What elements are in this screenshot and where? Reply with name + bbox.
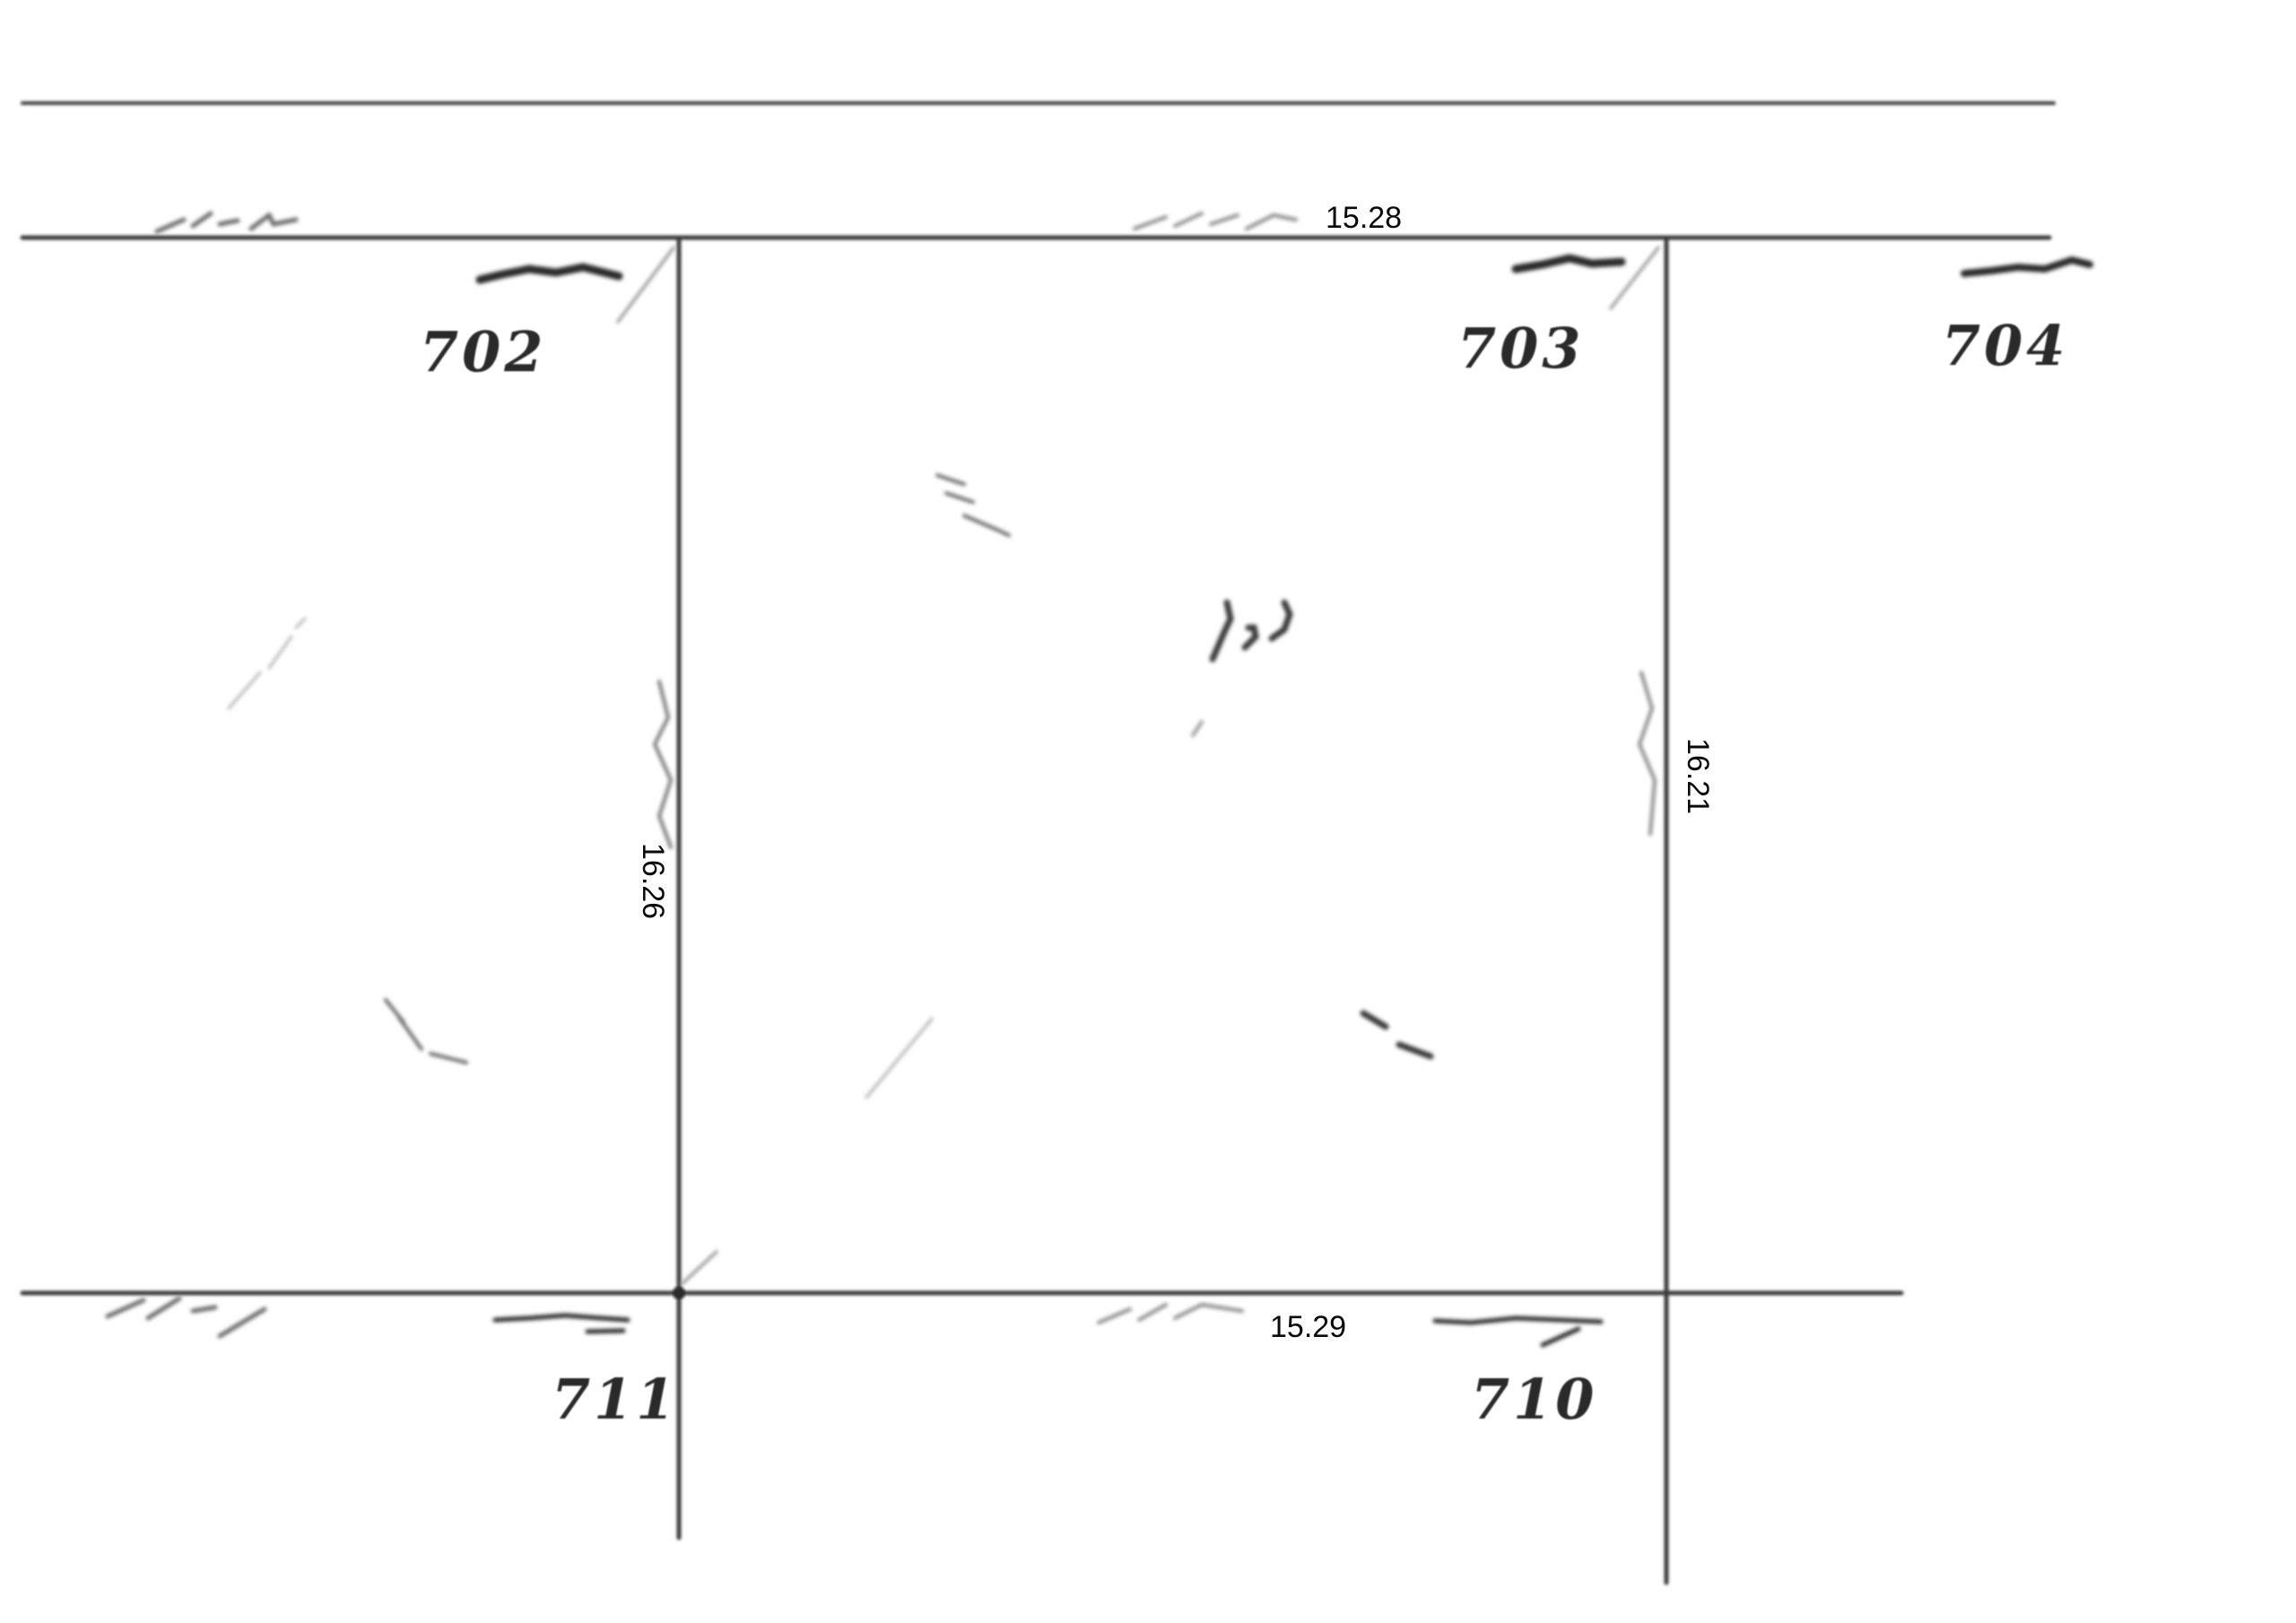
corner-mark-top-left [617, 247, 674, 323]
measurement-left-edge: 16.26 [638, 843, 668, 919]
measurement-top-edge: 15.28 [1326, 203, 1402, 233]
corner-point-bottom-left [673, 1287, 685, 1299]
scribble-702-strike [480, 267, 619, 280]
center-diagonal-mark [865, 1018, 933, 1098]
parcel-map-drawing [0, 0, 2296, 1623]
note-top-left [157, 213, 296, 231]
note-left-boundary [655, 681, 671, 847]
note-bottom-middle [1099, 1305, 1242, 1323]
parcel-number-702: 702 [420, 325, 546, 380]
corner-mark-bottom-left [682, 1251, 717, 1284]
note-top-middle [1135, 213, 1296, 229]
corner-mark-top-right [1610, 247, 1659, 309]
scribble-703-strike [1516, 258, 1622, 269]
center-lot-number-drawing [1193, 603, 1290, 735]
scribble-710-strike [1435, 1318, 1601, 1345]
scribble-711-strike [495, 1315, 628, 1332]
parcel-number-704: 704 [1942, 318, 2068, 374]
note-center-lower [1363, 1013, 1431, 1056]
parcel-number-703: 703 [1457, 321, 1584, 377]
parcel-number-711: 711 [552, 1372, 678, 1428]
note-right-boundary [1639, 673, 1655, 834]
scribble-704-strike [1964, 260, 2090, 273]
note-bottom-left [108, 1298, 265, 1336]
measurement-bottom-edge: 15.29 [1270, 1312, 1346, 1342]
note-left-lot-lower [386, 1000, 466, 1063]
measurement-right-edge: 16.21 [1683, 738, 1713, 814]
parcel-number-710: 710 [1471, 1372, 1597, 1428]
note-center-upper [937, 475, 1009, 535]
note-left-lot-upper [229, 619, 305, 708]
